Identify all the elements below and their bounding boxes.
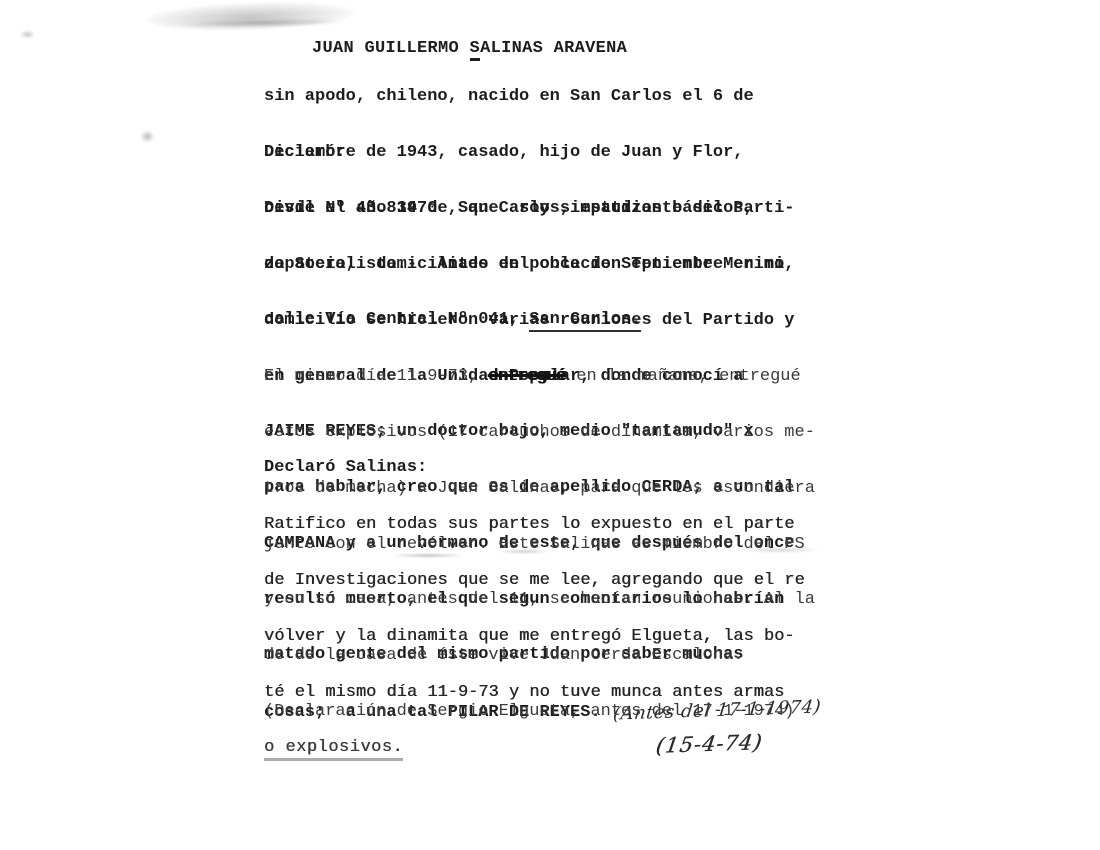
text-line: sin apodo, chileno, nacido en San Carlos…: [264, 88, 844, 107]
section-heading-declaro: Declaró:: [264, 144, 346, 163]
text-line: Diciembre de 1943, casado, hijo de Juan …: [264, 144, 844, 163]
scan-fleck-left: [20, 30, 35, 39]
underlined-last-words: o explosivos.: [264, 738, 403, 761]
section-heading-declaro-salinas: Declaró Salinas:: [264, 459, 427, 478]
text-line: domicilio se hicieron varias reuniones d…: [264, 312, 844, 331]
text-line: Ratifico en todas sus partes lo expuesto…: [264, 516, 844, 535]
text-line: estos explosivos (17 cartuchos de dinami…: [264, 424, 844, 443]
statement-2-line1-suffix: en la mañana, entregué: [566, 367, 801, 386]
text-line: vólver y la dinamita que me entregó Elgu…: [264, 628, 844, 647]
text-line: do Socialista.- Antes del once de Septie…: [264, 256, 844, 275]
handwritten-date-annotation-2: (15-4-74): [655, 733, 764, 755]
text-line: té el mismo día 11-9-73 y no tuve munca …: [264, 684, 844, 703]
statement-3: Ratifico en todas sus partes lo expuesto…: [264, 479, 844, 795]
scan-fleck-margin: [140, 130, 155, 143]
struck-out-word: entregué: [488, 367, 566, 386]
text-line: El mismo día 11-9-73, entregué en la mañ…: [264, 368, 844, 387]
statement-2-line1-prefix: El mismo día 11-9-73,: [264, 367, 488, 386]
text-line: o explosivos.(15-4-74): [264, 739, 844, 758]
document-page: JUAN GUILLERMO SALINAS ARAVENA sin apodo…: [0, 0, 1100, 850]
text-line: Desde el año 1970 , que soy simpatizante…: [264, 200, 844, 219]
text-line: de Investigaciones que se me lee, agrega…: [264, 572, 844, 591]
